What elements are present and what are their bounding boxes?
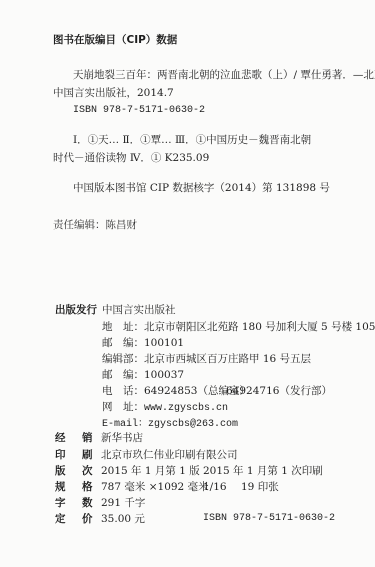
cip-line-2: 中国言实出版社，2014.7 bbox=[53, 86, 174, 100]
editor-label: 责任编辑： bbox=[53, 219, 106, 231]
cip-isbn: ISBN 978-7-5171-0630-2 bbox=[73, 104, 205, 118]
publisher-phone-2: 64924716（发行部） bbox=[226, 384, 332, 398]
publisher-label: 出版发行 bbox=[55, 303, 97, 317]
cip-heading: 图书在版编目（CIP）数据 bbox=[53, 33, 177, 47]
responsible-editor: 责任编辑：陈昌财 bbox=[53, 218, 137, 232]
cip-classification-1: Ⅰ．①天… Ⅱ．①覃… Ⅲ．①中国历史－魏晋南北朝 bbox=[73, 133, 311, 147]
cip-record-number: 中国版本图书馆 CIP 数据核字（2014）第 131898 号 bbox=[73, 181, 330, 195]
editor-name: 陈昌财 bbox=[106, 219, 138, 231]
publisher-website: 网 址：www.zgyscbs.cn bbox=[102, 400, 228, 416]
email-link[interactable]: zgyscbs@263.com bbox=[148, 419, 238, 430]
cip-line-1: 天崩地裂三百年：两晋南北朝的泣血悲歌（上）/ 覃仕勇著．—北京： bbox=[73, 68, 375, 82]
publisher-email: E-mail：zgyscbs@263.com bbox=[102, 416, 238, 432]
publisher-name: 中国言实出版社 bbox=[102, 303, 176, 317]
website-link[interactable]: www.zgyscbs.cn bbox=[144, 403, 228, 414]
publisher-postcode: 邮 编：100101 bbox=[102, 336, 184, 350]
editorial-address: 编辑部：北京市西城区百万庄路甲 16 号五层 bbox=[102, 352, 311, 366]
publisher-address: 地 址：北京市朝阳区北苑路 180 号加利大厦 5 号楼 105 室 bbox=[102, 320, 375, 334]
editorial-postcode: 邮 编：100037 bbox=[102, 368, 184, 382]
cip-classification-2: 时代－通俗读物 Ⅳ．① K235.09 bbox=[53, 151, 209, 165]
